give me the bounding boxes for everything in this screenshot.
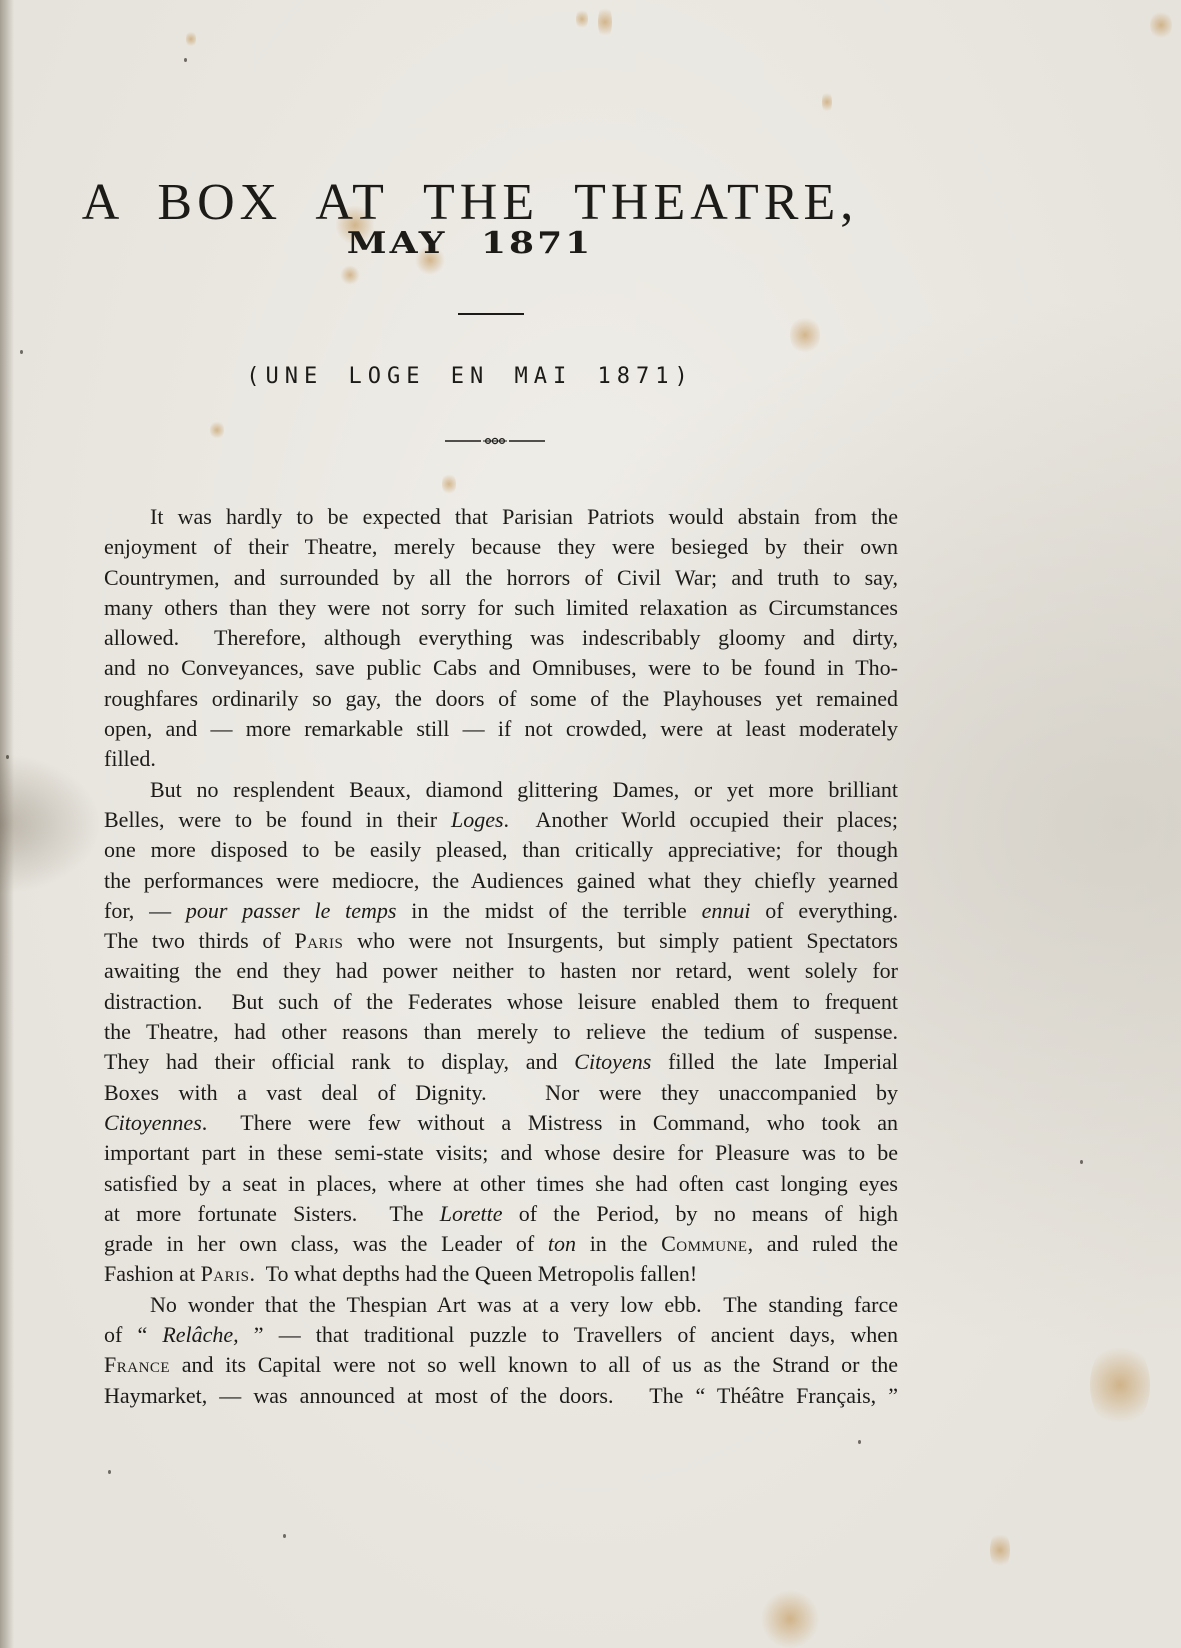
text-line: enjoyment of their Theatre, merely becau…: [104, 532, 898, 562]
foxing-stain: [442, 472, 456, 496]
text-line: awaiting the end they had power neither …: [104, 956, 898, 986]
ink-speck: [20, 350, 23, 354]
text-line: It was hardly to be expected that Parisi…: [104, 502, 898, 532]
text-line: at more fortunate Sisters. The Lorette o…: [104, 1199, 898, 1229]
text-line: Countrymen, and surrounded by all the ho…: [104, 563, 898, 593]
text-line: allowed. Therefore, although everything …: [104, 623, 898, 653]
page-title: A BOX AT THE THEATRE,: [0, 173, 940, 232]
paragraph: No wonder that the Thespian Art was at a…: [104, 1290, 898, 1411]
page-subtitle: MAY 1871: [0, 226, 940, 260]
text-line: the Theatre, had other reasons than mere…: [104, 1017, 898, 1047]
ink-speck: [108, 1470, 111, 1474]
paragraph: But no resplendent Beaux, diamond glitte…: [104, 775, 898, 1290]
ink-speck: [1080, 1160, 1083, 1164]
text-line: Boxes with a vast deal of Dignity. Nor w…: [104, 1078, 898, 1108]
text-line: Belles, were to be found in their Loges.…: [104, 805, 898, 835]
text-line: and no Conveyances, save public Cabs and…: [104, 653, 898, 683]
text-line: filled.: [104, 744, 898, 774]
foxing-stain: [186, 30, 196, 48]
paragraph: It was hardly to be expected that Parisi…: [104, 502, 898, 775]
text-line: satisfied by a seat in places, where at …: [104, 1169, 898, 1199]
ink-speck: [283, 1534, 286, 1538]
text-line: open, and — more remarkable still — if n…: [104, 714, 898, 744]
text-line: important part in these semi-state visit…: [104, 1138, 898, 1168]
foxing-stain: [210, 420, 224, 440]
text-line: Citoyennes. There were few without a Mis…: [104, 1108, 898, 1138]
text-line: Fashion at Paris. To what depths had the…: [104, 1259, 898, 1289]
foxing-stain: [1150, 10, 1172, 40]
foxing-stain: [990, 1530, 1010, 1570]
text-line: roughfares ordinarily so gay, the doors …: [104, 684, 898, 714]
text-line: No wonder that the Thespian Art was at a…: [104, 1290, 898, 1320]
text-line: many others than they were not sorry for…: [104, 593, 898, 623]
ink-speck: [6, 755, 9, 759]
french-title: (UNE LOGE EN MAI 1871): [0, 364, 940, 389]
foxing-stain: [822, 90, 832, 114]
foxing-stain: [340, 265, 360, 285]
text-line: one more disposed to be easily pleased, …: [104, 835, 898, 865]
text-line: They had their official rank to display,…: [104, 1047, 898, 1077]
text-line: Haymarket, — was announced at most of th…: [104, 1381, 898, 1411]
foxing-stain: [576, 8, 588, 30]
text-line: France and its Capital were not so well …: [104, 1350, 898, 1380]
text-line: But no resplendent Beaux, diamond glitte…: [104, 775, 898, 805]
ink-speck: [858, 1440, 861, 1444]
body-text: It was hardly to be expected that Parisi…: [104, 502, 898, 1411]
foxing-stain: [760, 1590, 820, 1648]
text-line: grade in her own class, was the Leader o…: [104, 1229, 898, 1259]
ink-speck: [184, 58, 187, 62]
foxing-stain: [598, 4, 612, 40]
rule-with-knot-ornament-icon: [445, 436, 545, 446]
text-line: the performances were mediocre, the Audi…: [104, 866, 898, 896]
foxing-stain: [1090, 1340, 1150, 1430]
text-line: for, — pour passer le temps in the midst…: [104, 896, 898, 926]
divider-rule: [458, 313, 524, 315]
text-line: The two thirds of Paris who were not Ins…: [104, 926, 898, 956]
foxing-stain: [790, 315, 820, 355]
text-line: distraction. But such of the Federates w…: [104, 987, 898, 1017]
book-page: A BOX AT THE THEATRE, MAY 1871 (UNE LOGE…: [0, 0, 1181, 1648]
text-line: of “ Relâche, ” — that traditional puzzl…: [104, 1320, 898, 1350]
